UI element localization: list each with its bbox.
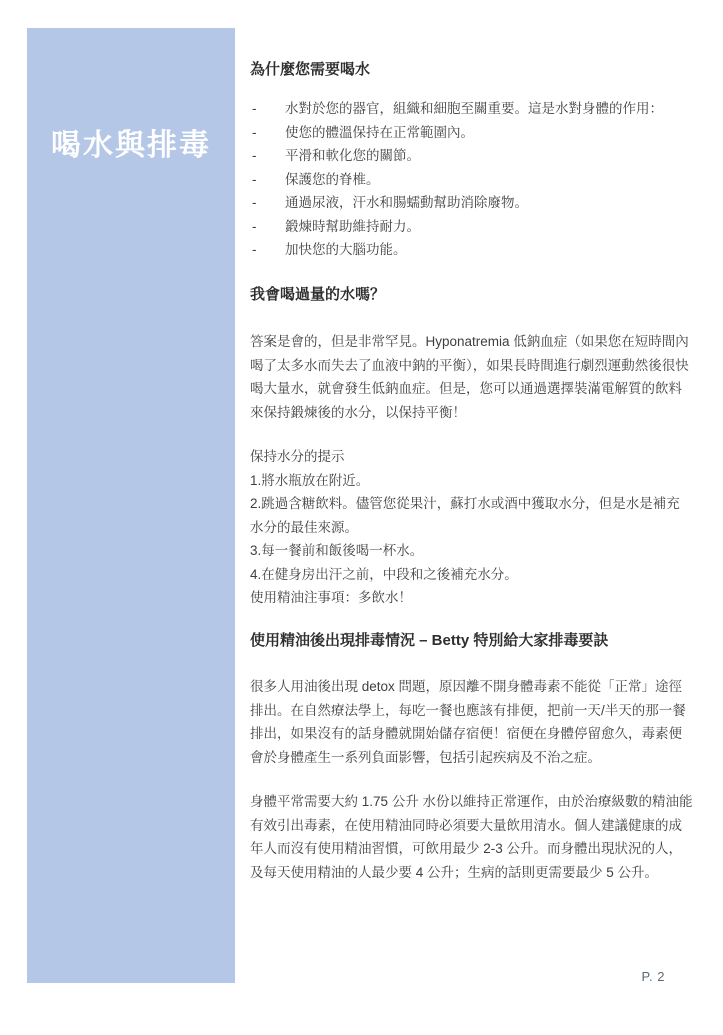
document-page: 喝水與排毒 為什麼您需要喝水 -水對於您的器官，組織和細胞至關重要。這是水對身體…: [0, 0, 723, 1035]
bullet-item: -平滑和軟化您的關節。: [250, 144, 693, 168]
tip-line: 2.跳過含糖飲料。儘管您從果汁，蘇打水或酒中獲取水分，但是水是補充水分的最佳來源…: [250, 492, 693, 539]
bullet-item: -加快您的大腦功能。: [250, 238, 693, 262]
bullet-text: 鍛煉時幫助維持耐力。: [285, 215, 693, 239]
bullet-text: 保護您的脊椎。: [285, 168, 693, 192]
sidebar-title: 喝水與排毒: [27, 128, 235, 164]
bullet-dash: -: [250, 168, 285, 192]
bullet-dash: -: [250, 121, 285, 145]
bullet-item: -水對於您的器官，組織和細胞至關重要。這是水對身體的作用：: [250, 97, 693, 121]
tip-line: 3.每一餐前和飯後喝一杯水。: [250, 539, 693, 563]
tips-list: 1.將水瓶放在附近。2.跳過含糖飲料。儘管您從果汁，蘇打水或酒中獲取水分，但是水…: [250, 469, 693, 610]
bullet-text: 通過尿液，汗水和腸蠕動幫助消除廢物。: [285, 191, 693, 215]
section2-heading: 我會喝過量的水嗎？: [250, 283, 693, 306]
bullet-text: 平滑和軟化您的關節。: [285, 144, 693, 168]
bullet-dash: -: [250, 144, 285, 168]
section3-heading: 使用精油後出現排毒情況 – Betty 特別給大家排毒要訣: [250, 629, 693, 652]
section3-paragraph-2: 身體平常需要大約 1.75 公升 水份以維持正常運作，由於治療級數的精油能有效引…: [250, 790, 693, 884]
tip-line: 1.將水瓶放在附近。: [250, 469, 693, 493]
bullet-dash: -: [250, 238, 285, 262]
section1-bullet-list: -水對於您的器官，組織和細胞至關重要。這是水對身體的作用：-使您的體溫保持在正常…: [250, 97, 693, 262]
bullet-text: 加快您的大腦功能。: [285, 238, 693, 262]
bullet-item: -鍛煉時幫助維持耐力。: [250, 215, 693, 239]
bullet-text: 使您的體溫保持在正常範圍內。: [285, 121, 693, 145]
sidebar: 喝水與排毒: [27, 28, 235, 983]
section1-heading: 為什麼您需要喝水: [250, 58, 693, 81]
bullet-dash: -: [250, 215, 285, 239]
section3-paragraph-1: 很多人用油後出現 detox 問題，原因離不開身體毒素不能從「正常」途徑排出。在…: [250, 675, 693, 769]
bullet-text: 水對於您的器官，組織和細胞至關重要。這是水對身體的作用：: [285, 97, 693, 121]
tip-line: 使用精油注事項：多飲水！: [250, 586, 693, 610]
page-number: P. 2: [642, 969, 665, 984]
bullet-item: -通過尿液，汗水和腸蠕動幫助消除廢物。: [250, 191, 693, 215]
bullet-item: -使您的體溫保持在正常範圍內。: [250, 121, 693, 145]
bullet-item: -保護您的脊椎。: [250, 168, 693, 192]
tips-block: 保持水分的提示 1.將水瓶放在附近。2.跳過含糖飲料。儘管您從果汁，蘇打水或酒中…: [250, 445, 693, 610]
tip-line: 4.在健身房出汗之前，中段和之後補充水分。: [250, 563, 693, 587]
bullet-dash: -: [250, 191, 285, 215]
bullet-dash: -: [250, 97, 285, 121]
tips-title: 保持水分的提示: [250, 445, 693, 469]
section2-paragraph: 答案是會的，但是非常罕見。Hyponatremia 低鈉血症（如果您在短時間內喝…: [250, 330, 693, 424]
